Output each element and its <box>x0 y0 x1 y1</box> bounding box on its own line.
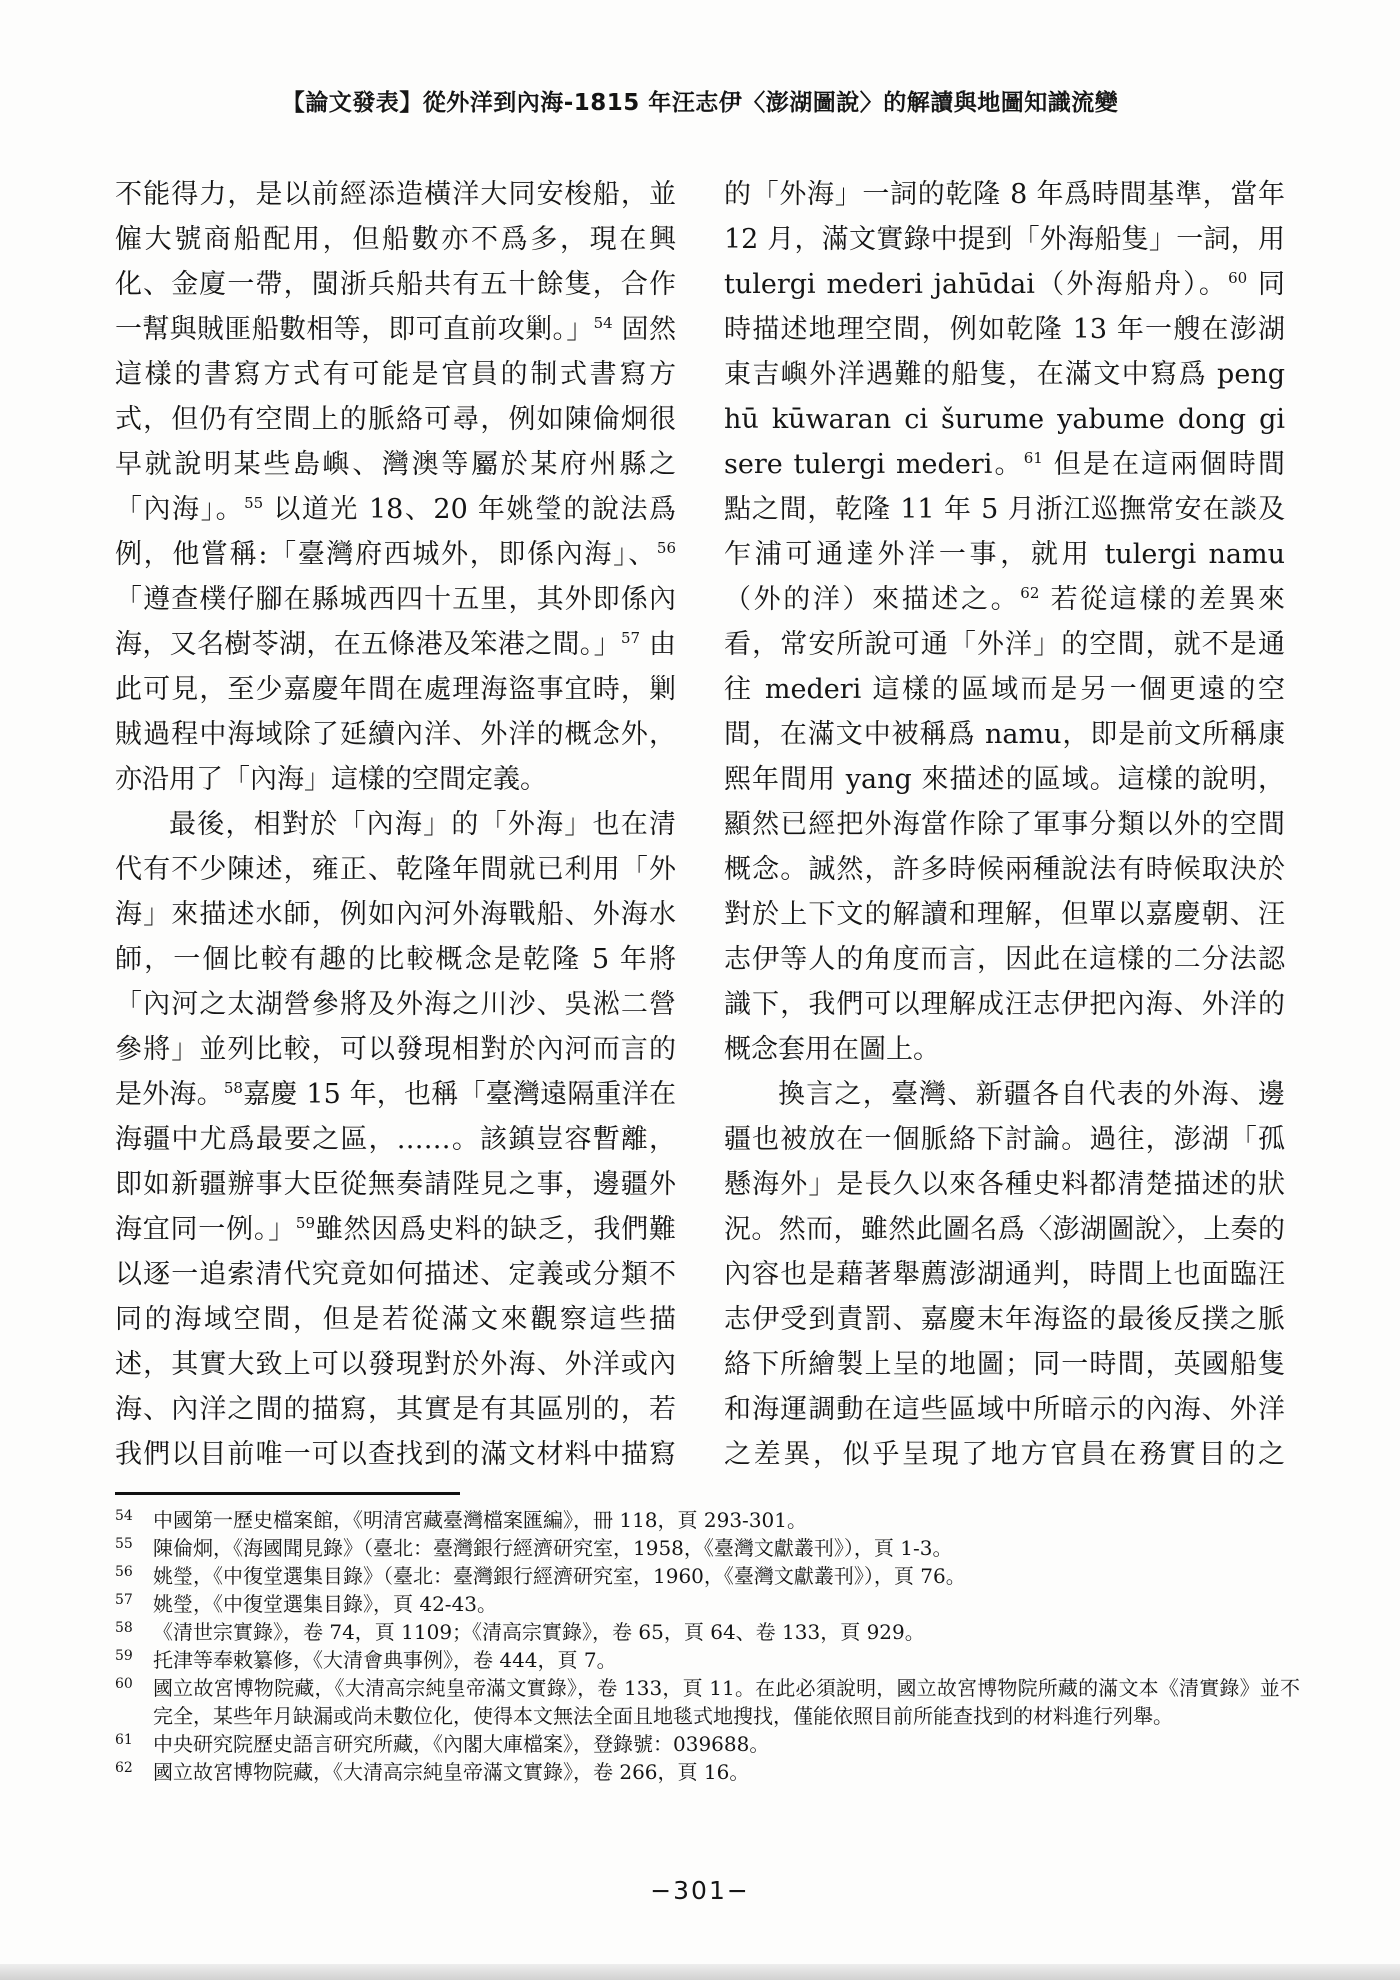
footnote-number: 60 <box>115 1670 153 1698</box>
footnote: 55陳倫炯，《海國聞見錄》（臺北：臺灣銀行經濟研究室，1958，《臺灣文獻叢刊》… <box>115 1534 1300 1562</box>
footnote-ref: 55 <box>244 494 263 512</box>
scan-edge-artifact <box>0 1964 1400 1980</box>
footnote-ref: 57 <box>621 629 640 647</box>
footnote-text: 中國第一歷史檔案館，《明清宮藏臺灣檔案匯編》，冊 118，頁 293-301。 <box>153 1506 1300 1534</box>
footnotes-list: 54中國第一歷史檔案館，《明清宮藏臺灣檔案匯編》，冊 118，頁 293-301… <box>115 1506 1300 1786</box>
footnote-ref: 61 <box>1024 449 1043 467</box>
footnote-ref: 62 <box>1020 584 1039 602</box>
footnote-number: 61 <box>115 1726 153 1754</box>
footnote-text: 陳倫炯，《海國聞見錄》（臺北：臺灣銀行經濟研究室，1958，《臺灣文獻叢刊》），… <box>153 1534 1300 1562</box>
running-header-title: 【論文發表】從外洋到內海-1815 年汪志伊〈澎湖圖說〉的解讀與地圖知識流變 <box>0 84 1400 117</box>
footnote-text: 姚瑩，《中復堂選集目錄》（臺北：臺灣銀行經濟研究室，1960，《臺灣文獻叢刊》）… <box>153 1562 1300 1590</box>
footnote-ref: 56 <box>657 539 676 557</box>
footnote-number: 55 <box>115 1530 153 1558</box>
footnote: 61中央研究院歷史語言研究所藏，《內閣大庫檔案》，登錄號：039688。 <box>115 1730 1300 1758</box>
page-number: −301− <box>0 1876 1400 1905</box>
footnote: 60國立故宮博物院藏，《大清高宗純皇帝滿文實錄》，卷 133，頁 11。在此必須… <box>115 1674 1300 1730</box>
footnote-number: 56 <box>115 1558 153 1586</box>
body-columns: 不能得力，是以前經添造橫洋大同安梭船，並僱大號商船配用，但船數亦不爲多，現在興化… <box>115 172 1285 1484</box>
footnote-text: 國立故宮博物院藏，《大清高宗純皇帝滿文實錄》，卷 133，頁 11。在此必須說明… <box>153 1674 1300 1730</box>
footnote-text: 姚瑩，《中復堂選集目錄》，頁 42-43。 <box>153 1590 1300 1618</box>
footnote: 57姚瑩，《中復堂選集目錄》，頁 42-43。 <box>115 1590 1300 1618</box>
paragraph: 不能得力，是以前經添造橫洋大同安梭船，並僱大號商船配用，但船數亦不爲多，現在興化… <box>115 172 676 802</box>
footnote-text: 托津等奉敕纂修，《大清會典事例》，卷 444，頁 7。 <box>153 1646 1300 1674</box>
footnote-ref: 59 <box>296 1214 315 1232</box>
footnote: 62國立故宮博物院藏，《大清高宗純皇帝滿文實錄》，卷 266，頁 16。 <box>115 1758 1300 1786</box>
footnote-divider <box>115 1492 460 1495</box>
footnote-text: 國立故宮博物院藏，《大清高宗純皇帝滿文實錄》，卷 266，頁 16。 <box>153 1758 1300 1786</box>
footnote-number: 54 <box>115 1502 153 1530</box>
footnote-number: 57 <box>115 1586 153 1614</box>
document-page: 【論文發表】從外洋到內海-1815 年汪志伊〈澎湖圖說〉的解讀與地圖知識流變 不… <box>0 0 1400 1980</box>
footnote-ref: 60 <box>1228 269 1247 287</box>
footnote: 56姚瑩，《中復堂選集目錄》（臺北：臺灣銀行經濟研究室，1960，《臺灣文獻叢刊… <box>115 1562 1300 1590</box>
footnote-text: 《清世宗實錄》，卷 74，頁 1109；《清高宗實錄》，卷 65，頁 64、卷 … <box>153 1618 1300 1646</box>
footnote: 59托津等奉敕纂修，《大清會典事例》，卷 444，頁 7。 <box>115 1646 1300 1674</box>
footnote-ref: 54 <box>594 314 613 332</box>
footnote: 54中國第一歷史檔案館，《明清宮藏臺灣檔案匯編》，冊 118，頁 293-301… <box>115 1506 1300 1534</box>
footnote-text: 中央研究院歷史語言研究所藏，《內閣大庫檔案》，登錄號：039688。 <box>153 1730 1300 1758</box>
footnote-number: 59 <box>115 1642 153 1670</box>
footnote: 58《清世宗實錄》，卷 74，頁 1109；《清高宗實錄》，卷 65，頁 64、… <box>115 1618 1300 1646</box>
footnote-ref: 58 <box>224 1079 243 1097</box>
footnote-number: 58 <box>115 1614 153 1642</box>
footnote-number: 62 <box>115 1754 153 1782</box>
